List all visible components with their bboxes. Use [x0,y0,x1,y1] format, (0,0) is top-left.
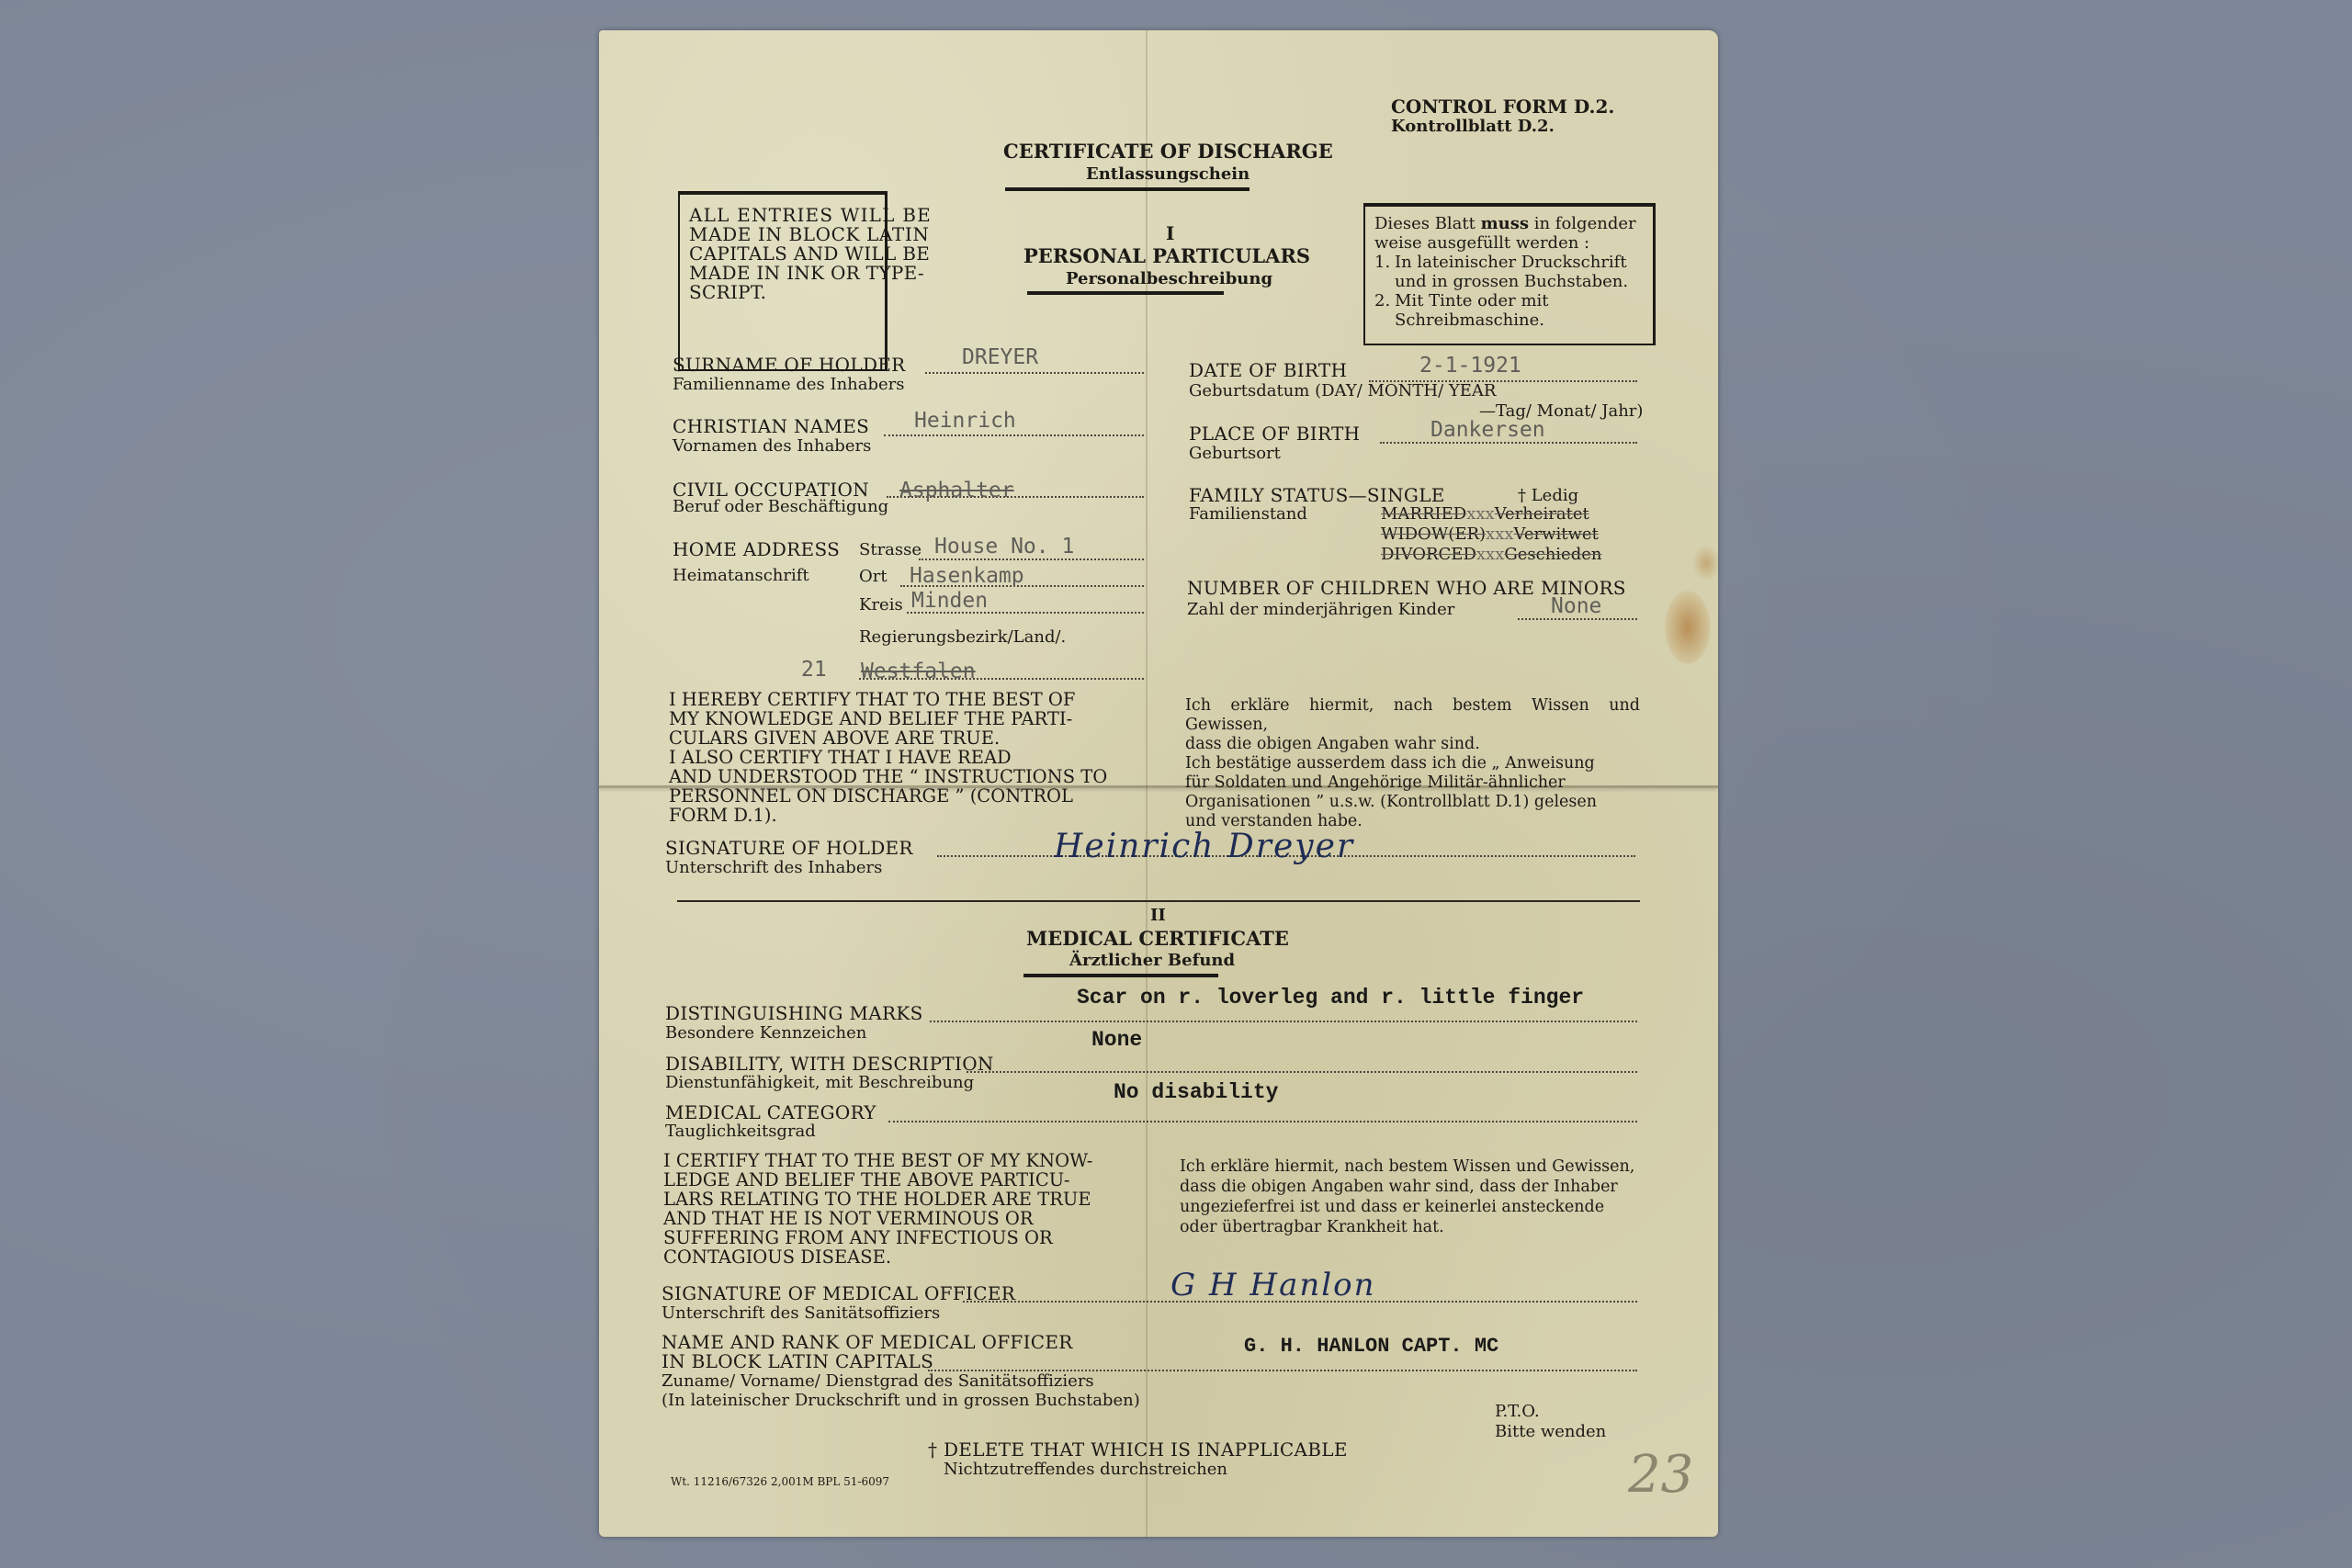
discharge-certificate: CONTROL FORM D.2. Kontrollblatt D.2. CER… [599,30,1718,1537]
distinguishing-marks-value: Scar on r. loverleg and r. little finger [1077,987,1584,1009]
instructions-box-de: Dieses Blatt muss in folgender weise aus… [1363,203,1656,345]
place-of-birth-value: Dankersen [1430,420,1545,441]
delete-note-de: Nichtzutreffendes durchstreichen [944,1461,1227,1478]
date-of-birth-value: 2-1-1921 [1419,355,1521,377]
control-form-label-de: Kontrollblatt D.2. [1391,118,1555,135]
medical-officer-signature: G H Hanlon [1170,1267,1376,1303]
section-title-personal-de: Personalbeschreibung [1066,271,1272,288]
ort-value: Hasenkamp [910,566,1024,587]
christian-names-value: Heinrich [914,411,1016,432]
holder-certification-de: Ich erkläre hiermit, nach bestem Wissen … [1185,696,1640,831]
region-prefix: 21 [801,660,827,681]
section-title-medical: MEDICAL CERTIFICATE [1026,929,1289,948]
medical-certification-en: I CERTIFY THAT TO THE BEST OF MY KNOW-LE… [663,1151,1139,1267]
holder-certification-en: I HEREBY CERTIFY THAT TO THE BEST OFMY K… [669,690,1145,825]
children-value: None [1551,596,1601,617]
pto-label: P.T.O. [1495,1404,1540,1420]
medical-officer-name-value: G. H. HANLON CAPT. MC [1244,1337,1498,1357]
print-code: Wt. 11216/67326 2,001M BPL 51-6097 [671,1476,889,1487]
control-form-label: CONTROL FORM D.2. [1391,97,1614,116]
disability-value: None [1091,1030,1142,1051]
pencil-mark: 23 [1628,1445,1693,1505]
document-title: CERTIFICATE OF DISCHARGE [1003,141,1333,161]
section-underline-medical [1023,974,1218,977]
title-underline [1005,187,1249,191]
holder-signature: Heinrich Dreyer [1054,828,1354,865]
region-value: Westfalen [861,661,976,682]
delete-note: † DELETE THAT WHICH IS INAPPLICABLE [928,1440,1348,1459]
section-underline [1027,291,1224,295]
pto-label-de: Bitte wenden [1495,1424,1606,1440]
section-title-medical-de: Ärztlicher Befund [1069,953,1235,969]
rust-stain [1665,591,1711,664]
instructions-box-en: ALL ENTRIES WILL BE MADE IN BLOCK LATIN … [678,191,888,371]
occupation-value: Asphalter [899,480,1014,502]
kreis-value: Minden [911,591,988,612]
strasse-value: House No. 1 [934,536,1074,558]
document-title-de: Entlassungschein [1086,166,1249,183]
rust-stain-small [1692,545,1720,581]
section-divider [677,900,1640,902]
medical-category-value: No disability [1114,1082,1278,1103]
surname-value: DREYER [962,347,1038,368]
medical-certification-de: Ich erkläre hiermit, nach bestem Wissen … [1180,1156,1639,1237]
section-numeral-i: I [1166,224,1174,243]
section-title-personal: PERSONAL PARTICULARS [1023,246,1310,265]
section-numeral-ii: II [1150,908,1166,924]
